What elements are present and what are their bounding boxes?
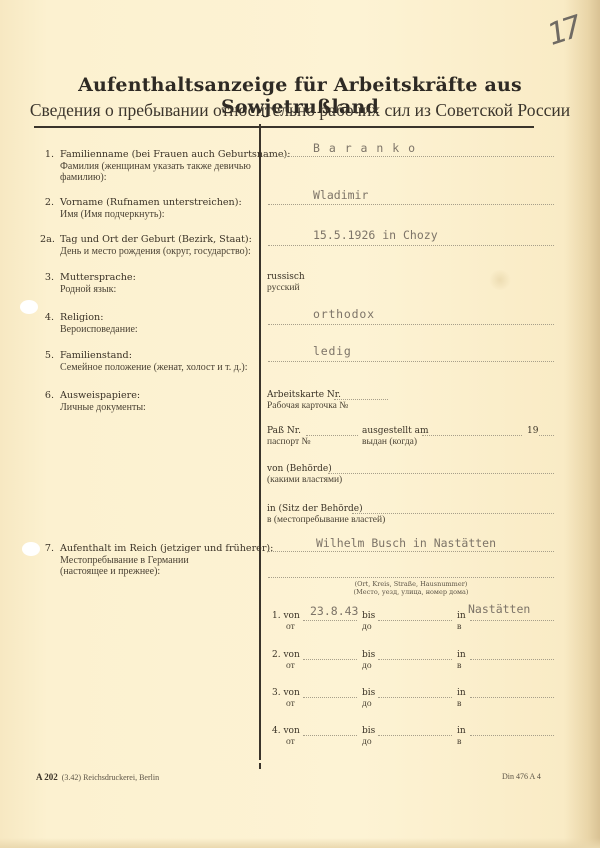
authority-field[interactable] [328, 473, 554, 474]
authority-seat-label: in (Sitz der Behörde) в (местопребывание… [267, 504, 385, 526]
form-footer-din: Din 476 A 4 [502, 772, 541, 781]
handwritten-page-number: 17 [543, 10, 583, 53]
document-page: 17 Aufenthaltsanzeige für Arbeitskräfte … [0, 0, 600, 848]
stay-3-place[interactable] [470, 697, 554, 698]
passport-label: Paß Nr. паспорт № [267, 426, 311, 448]
header-rule [34, 126, 534, 128]
column-divider [259, 124, 261, 760]
mother-tongue-value[interactable]: russisch русский [267, 272, 305, 294]
residence-line-2 [268, 577, 554, 578]
year-field[interactable] [539, 435, 554, 436]
paper-stain [488, 270, 512, 290]
title-russian: Сведения о пребывании относительно рабоч… [0, 100, 600, 121]
stay-2-to[interactable] [378, 659, 452, 660]
marital-status-value[interactable]: ledig [313, 344, 352, 358]
religion-line [268, 324, 554, 325]
punch-hole [20, 300, 38, 314]
punch-hole [22, 542, 40, 556]
stay-4-from[interactable] [303, 735, 357, 736]
authority-label: von (Behörde) (какими властями) [267, 464, 342, 486]
residence-line-1 [268, 551, 554, 552]
year-prefix: 19 [527, 426, 538, 437]
passport-number-field[interactable] [306, 435, 358, 436]
issued-on-label: ausgestellt am выдан (когда) [362, 426, 429, 448]
stay-4-to[interactable] [378, 735, 452, 736]
religion-value[interactable]: orthodox [313, 307, 375, 321]
family-name-line [268, 156, 554, 157]
birth-line [268, 245, 554, 246]
stay-1-place[interactable]: Nastätten [468, 602, 530, 616]
work-card-number-field[interactable] [334, 399, 388, 400]
stay-3-from[interactable] [303, 697, 357, 698]
family-name-value[interactable]: B a r a n k o [313, 141, 416, 155]
stay-1-from[interactable]: 23.8.43 [310, 604, 358, 618]
form-footer-left: A 202 (3.42) Reichsdruckerei, Berlin [36, 772, 159, 782]
stay-1-to[interactable] [378, 620, 452, 621]
authority-seat-field[interactable] [352, 513, 554, 514]
stay-2-from[interactable] [303, 659, 357, 660]
work-card-label: Arbeitskarte Nr. Рабочая карточка № [267, 390, 348, 412]
stay-4-place[interactable] [470, 735, 554, 736]
issued-on-field[interactable] [422, 435, 522, 436]
stay-3-to[interactable] [378, 697, 452, 698]
address-hint: (Ort, Kreis, Straße, Hausnummer) (Место,… [268, 580, 554, 596]
residence-value[interactable]: Wilhelm Busch in Nastätten [316, 536, 496, 550]
marital-status-line [268, 361, 554, 362]
stay-2-place[interactable] [470, 659, 554, 660]
column-divider-tail [259, 763, 261, 769]
birth-value[interactable]: 15.5.1926 in Chozy [313, 228, 438, 242]
first-name-line [268, 204, 554, 205]
first-name-value[interactable]: Wladimir [313, 188, 368, 202]
